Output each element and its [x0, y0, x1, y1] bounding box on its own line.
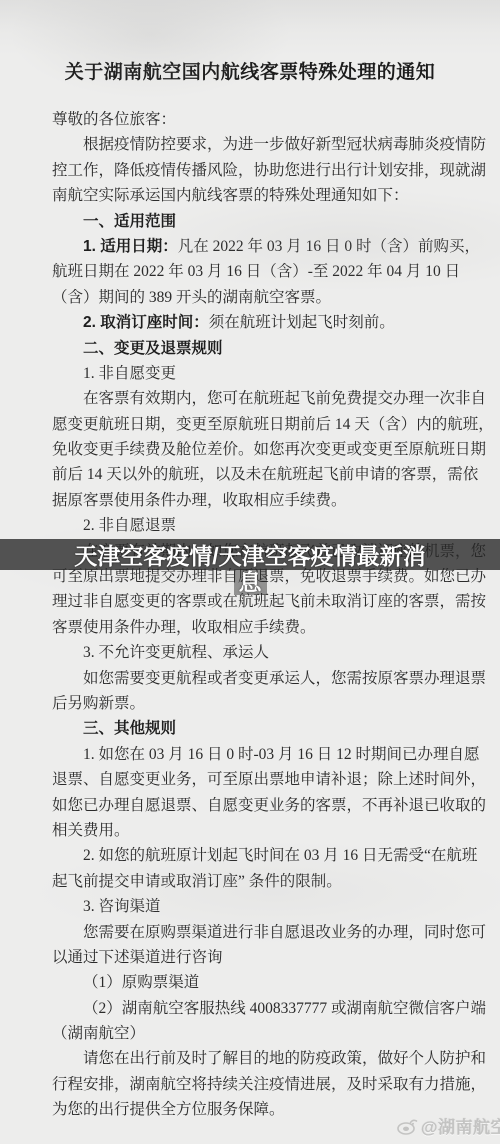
notice-photo: 关于湖南航空国内航线客票特殊处理的通知 尊敬的各位旅客：根据疫情防控要求，为进一… [0, 0, 500, 1144]
doc-text: 凡在 2022 年 03 月 16 日 0 时（含）前购买， [178, 238, 480, 255]
doc-text: 航班日期在 2022 年 03 月 16 日（含）-至 2022 年 04 月 … [52, 263, 460, 280]
doc-text: 您需要在原购票渠道进行非自愿退改业务的办理，同时您可 [83, 924, 486, 941]
doc-text: 据原客票使用条件办理，收取相应手续费。 [52, 492, 347, 509]
overlay-caption-line2-row: 息 [0, 569, 500, 595]
doc-line: 据原客票使用条件办理，收取相应手续费。 [52, 488, 456, 513]
doc-line: 相关费用。 [52, 818, 456, 843]
doc-line: 控工作，降低疫情传播风险，协助您进行出行计划安排，现就湖 [52, 158, 456, 183]
doc-line: 如您需要变更航程或者变更承运人，您需按原客票办理退票 [52, 666, 456, 691]
doc-text: 理过非自愿变更的客票或在航班起飞前未取消订座的客票，需按 [52, 593, 486, 610]
doc-text-bold: 三、其他规则 [83, 720, 176, 737]
doc-line: 1. 如您在 03 月 16 日 0 时-03 月 16 日 12 时期间已办理… [52, 742, 456, 767]
overlay-caption-line2: 息 [234, 569, 267, 595]
doc-line: 南航空实际承运国内航线客票的特殊处理通知如下： [52, 183, 456, 208]
doc-line: 三、其他规则 [52, 716, 456, 741]
doc-line: 免收变更手续费及舱位差价。如您再次变更或变更至原航班日期 [52, 437, 456, 462]
doc-text: 起飞前提交申请或取消订座” 条件的限制。 [52, 873, 342, 890]
doc-text: 如您需要变更航程或者变更承运人，您需按原客票办理退票 [83, 670, 486, 687]
doc-text: （湖南航空） [52, 1025, 145, 1042]
doc-line: （2）湖南航空客服热线 4008337777 或湖南航空微信客户端 [52, 996, 456, 1021]
doc-text: 3. 咨询渠道 [83, 898, 161, 915]
notice-title: 关于湖南航空国内航线客票特殊处理的通知 [0, 52, 500, 88]
doc-text: 尊敬的各位旅客： [52, 111, 176, 128]
doc-text: 2. 如您的航班原计划起飞时间在 03 月 16 日无需受“在航班 [83, 847, 477, 864]
doc-text: 相关费用。 [52, 822, 130, 839]
doc-line: 请您在出行前及时了解目的地的防疫政策，做好个人防护和 [52, 1046, 456, 1071]
doc-text: 1. 非自愿变更 [83, 365, 176, 382]
doc-text: 南航空实际承运国内航线客票的特殊处理通知如下： [52, 187, 409, 204]
doc-text: 控工作，降低疫情传播风险，协助您进行出行计划安排，现就湖 [52, 162, 486, 179]
doc-text: 客票使用条件办理，收取相应手续费。 [52, 619, 316, 636]
doc-text-bold: 2. 取消订座时间： [83, 314, 209, 331]
doc-text: 在客票有效期内，您可在航班起飞前免费提交办理一次非自 [83, 390, 486, 407]
doc-line: 3. 不允许变更航程、承运人 [52, 640, 456, 665]
doc-text: 如您已办理自愿退票、自愿变更业务的客票，不再补退已收取的 [52, 797, 486, 814]
doc-line: 为您的出行提供全方位服务保障。 [52, 1097, 456, 1122]
doc-line: 退票、自愿变更业务，可至原出票地申请补退；除上述时间外， [52, 767, 456, 792]
doc-line: 您需要在原购票渠道进行非自愿退改业务的办理，同时您可 [52, 920, 456, 945]
doc-text: 前后 14 天以外的航班，以及未在航班起飞前申请的客票，需依 [52, 466, 478, 483]
overlay-caption-line1: 天津空客疫情/天津空客疫情最新消 [74, 538, 425, 571]
doc-line: 起飞前提交申请或取消订座” 条件的限制。 [52, 869, 456, 894]
doc-line: 1. 适用日期：凡在 2022 年 03 月 16 日 0 时（含）前购买， [52, 234, 456, 259]
weibo-icon [397, 1117, 418, 1135]
doc-line: 3. 咨询渠道 [52, 894, 456, 919]
doc-text: 1. 如您在 03 月 16 日 0 时-03 月 16 日 12 时期间已办理… [83, 746, 480, 763]
doc-text: 2. 非自愿退票 [83, 517, 176, 534]
notice-body: 尊敬的各位旅客：根据疫情防控要求，为进一步做好新型冠状病毒肺炎疫情防控工作，降低… [52, 107, 456, 1123]
doc-text: 以通过下述渠道进行咨询 [52, 949, 223, 966]
doc-line: 如您已办理自愿退票、自愿变更业务的客票，不再补退已收取的 [52, 793, 456, 818]
doc-text: （1）原购票渠道 [83, 974, 199, 991]
doc-line: 在客票有效期内，您可在航班起飞前免费提交办理一次非自 [52, 386, 456, 411]
doc-text: 3. 不允许变更航程、承运人 [83, 644, 269, 661]
doc-text: （含）期间的 389 开头的湖南航空客票。 [52, 289, 331, 306]
doc-text: 愿变更航班日期，变更至原航班日期前后 14 天（含）内的航班， [52, 416, 494, 433]
doc-line: 二、变更及退票规则 [52, 336, 456, 361]
doc-line: 愿变更航班日期，变更至原航班日期前后 14 天（含）内的航班， [52, 412, 456, 437]
doc-line: 1. 非自愿变更 [52, 361, 456, 386]
doc-line: 一、适用范围 [52, 209, 456, 234]
doc-text: （2）湖南航空客服热线 4008337777 或湖南航空微信客户端 [83, 1000, 486, 1017]
doc-text: 请您在出行前及时了解目的地的防疫政策，做好个人防护和 [83, 1050, 486, 1067]
doc-line: 航班日期在 2022 年 03 月 16 日（含）-至 2022 年 04 月 … [52, 259, 456, 284]
watermark-handle: @湖南航空 [421, 1113, 500, 1138]
doc-text: 免收变更手续费及舱位差价。如您再次变更或变更至原航班日期 [52, 441, 486, 458]
doc-line: 客票使用条件办理，收取相应手续费。 [52, 615, 456, 640]
doc-line: 2. 取消订座时间：须在航班计划起飞时刻前。 [52, 310, 456, 335]
doc-text: 退票、自愿变更业务，可至原出票地申请补退；除上述时间外， [52, 771, 486, 788]
doc-text: 须在航班计划起飞时刻前。 [209, 314, 395, 331]
watermark: @湖南航空 [397, 1113, 500, 1138]
doc-text-bold: 二、变更及退票规则 [83, 340, 223, 357]
doc-line: （含）期间的 389 开头的湖南航空客票。 [52, 285, 456, 310]
doc-line: （1）原购票渠道 [52, 970, 456, 995]
doc-line: 尊敬的各位旅客： [52, 107, 456, 132]
doc-line: 根据疫情防控要求，为进一步做好新型冠状病毒肺炎疫情防 [52, 132, 456, 157]
doc-line: （湖南航空） [52, 1021, 456, 1046]
doc-text: 根据疫情防控要求，为进一步做好新型冠状病毒肺炎疫情防 [83, 136, 486, 153]
doc-text-bold: 一、适用范围 [83, 213, 176, 230]
doc-line: 前后 14 天以外的航班，以及未在航班起飞前申请的客票，需依 [52, 462, 456, 487]
doc-line: 2. 非自愿退票 [52, 513, 456, 538]
doc-text: 为您的出行提供全方位服务保障。 [52, 1101, 285, 1118]
doc-line: 2. 如您的航班原计划起飞时间在 03 月 16 日无需受“在航班 [52, 843, 456, 868]
doc-line: 后另购新票。 [52, 691, 456, 716]
doc-text-bold: 1. 适用日期： [83, 238, 178, 255]
doc-text: 行程安排，湖南航空将持续关注疫情进展，及时采取有力措施， [52, 1076, 486, 1093]
doc-line: 行程安排，湖南航空将持续关注疫情进展，及时采取有力措施， [52, 1072, 456, 1097]
doc-text: 后另购新票。 [52, 695, 145, 712]
overlay-caption-banner: 天津空客疫情/天津空客疫情最新消 [0, 539, 500, 570]
doc-line: 以通过下述渠道进行咨询 [52, 945, 456, 970]
